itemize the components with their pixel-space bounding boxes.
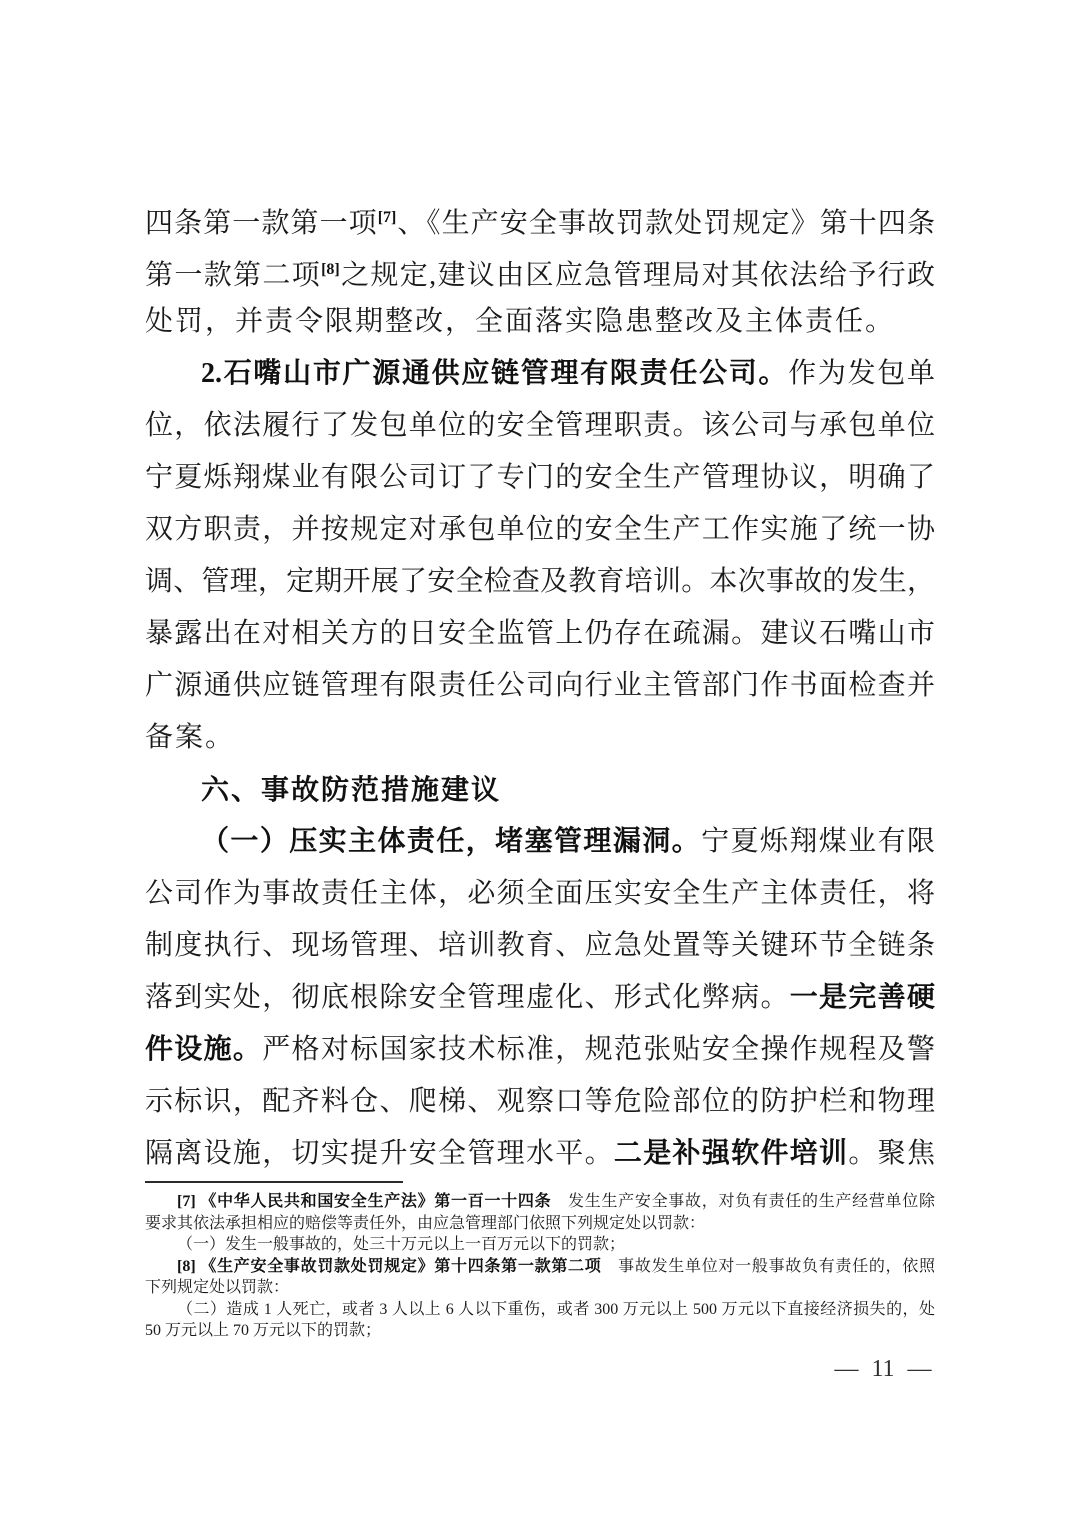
text-segment: 宁夏烁翔煤业有限	[701, 826, 935, 857]
text-segment: 公司作为事故责任主体，必须全面压实安全生产主体责任，将	[145, 878, 935, 909]
text-segment: 2.石嘴山市广源通供应链管理有限责任公司。	[201, 358, 788, 389]
text-line: （一）压实主体责任，堵塞管理漏洞。宁夏烁翔煤业有限	[145, 816, 935, 868]
text-segment: 处罚，并责令限期整改，全面落实隐患整改及主体责任。	[145, 306, 895, 337]
text-segment: 二是补强软件培训	[614, 1138, 848, 1169]
text-segment: 制度执行、现场管理、培训教育、应急处置等关键环节全链条	[145, 930, 935, 961]
text-line: [8] 《生产安全事故罚款处罚规定》第十四条第一款第二项 事故发生单位对一般事故…	[145, 1256, 935, 1278]
text-segment: 之规定,建议由区应急管理局对其依法给予行政	[340, 260, 935, 291]
text-segment: 。聚焦	[848, 1138, 935, 1169]
body-text: 四条第一款第一项[7]、《生产安全事故罚款处罚规定》第十四条第一款第二项[8]之…	[145, 192, 935, 1180]
text-line: 下列规定处以罚款：	[145, 1277, 935, 1299]
footnotes-section: [7] 《中华人民共和国安全生产法》第一百一十四条 发生生产安全事故，对负有责任…	[145, 1191, 935, 1342]
text-segment: 双方职责，并按规定对承包单位的安全生产工作实施了统一协	[145, 514, 935, 545]
text-line: [7] 《中华人民共和国安全生产法》第一百一十四条 发生生产安全事故，对负有责任…	[145, 1191, 935, 1213]
text-segment: 位，依法履行了发包单位的安全管理职责。该公司与承包单位	[145, 410, 935, 441]
text-line: 公司作为事故责任主体，必须全面压实安全生产主体责任，将	[145, 868, 935, 920]
footnote-7-law-article-114: [7] 《中华人民共和国安全生产法》第一百一十四条 发生生产安全事故，对负有责任…	[145, 1191, 935, 1234]
document-page: 四条第一款第一项[7]、《生产安全事故罚款处罚规定》第十四条第一款第二项[8]之…	[0, 0, 1074, 1520]
text-line: 宁夏烁翔煤业有限公司订了专门的安全生产管理协议，明确了	[145, 452, 935, 504]
page-number: — 11 —	[818, 1356, 948, 1383]
text-segment: 第一款第二项	[145, 260, 321, 291]
text-segment: （一）发生一般事故的，处三十万元以上一百万元以下的罚款；	[177, 1236, 625, 1253]
text-line: 广源通供应链管理有限责任公司向行业主管部门作书面检查并	[145, 660, 935, 712]
text-line: 暴露出在对相关方的日安全监管上仍存在疏漏。建议石嘴山市	[145, 608, 935, 660]
text-segment: 要求其依法承担相应的赔偿等责任外，由应急管理部门依照下列规定处以罚款：	[145, 1215, 705, 1232]
text-segment: （二）造成 1 人死亡，或者 3 人以上 6 人以下重伤，或者 300 万元以上…	[177, 1301, 935, 1318]
text-line: 制度执行、现场管理、培训教育、应急处置等关键环节全链条	[145, 920, 935, 972]
text-segment: 下列规定处以罚款：	[145, 1279, 289, 1296]
text-segment: 、《生产安全事故罚款处罚规定》第十四条	[396, 208, 935, 239]
text-line: 示标识，配齐料仓、爬梯、观察口等危险部位的防护栏和物理	[145, 1076, 935, 1128]
text-line: （一）发生一般事故的，处三十万元以上一百万元以下的罚款；	[145, 1234, 935, 1256]
text-segment: [7] 《中华人民共和国安全生产法》第一百一十四条	[177, 1193, 551, 1210]
text-line: 50 万元以上 70 万元以下的罚款；	[145, 1320, 935, 1342]
text-line: 2.石嘴山市广源通供应链管理有限责任公司。作为发包单	[145, 348, 935, 400]
text-segment: [8] 《生产安全事故罚款处罚规定》第十四条第一款第二项	[177, 1258, 601, 1275]
text-segment: 一是完善硬	[790, 982, 935, 1013]
text-segment: 落到实处，彻底根除安全管理虚化、形式化弊病。	[145, 982, 790, 1013]
text-line: 位，依法履行了发包单位的安全管理职责。该公司与承包单位	[145, 400, 935, 452]
text-segment: 隔离设施，切实提升安全管理水平。	[145, 1138, 614, 1169]
text-segment: 作为发包单	[788, 358, 935, 389]
text-segment: 调、管理，定期开展了安全检查及教育培训。本次事故的发生，	[145, 566, 935, 597]
text-line: 件设施。严格对标国家技术标准，规范张贴安全操作规程及警	[145, 1024, 935, 1076]
footnote-8-item-two: （二）造成 1 人死亡，或者 3 人以上 6 人以下重伤，或者 300 万元以上…	[145, 1299, 935, 1342]
text-segment: （一）压实主体责任，堵塞管理漏洞。	[201, 826, 701, 857]
text-line: （二）造成 1 人死亡，或者 3 人以上 6 人以下重伤，或者 300 万元以上…	[145, 1299, 935, 1321]
text-line: 要求其依法承担相应的赔偿等责任外，由应急管理部门依照下列规定处以罚款：	[145, 1213, 935, 1235]
text-segment: 发生生产安全事故，对负有责任的生产经营单位除	[551, 1193, 935, 1210]
text-segment: 严格对标国家技术标准，规范张贴安全操作规程及警	[262, 1034, 935, 1065]
text-segment: 六、事故防范措施建议	[201, 774, 501, 805]
text-line: 隔离设施，切实提升安全管理水平。二是补强软件培训。聚焦	[145, 1128, 935, 1180]
text-line: 双方职责，并按规定对承包单位的安全生产工作实施了统一协	[145, 504, 935, 556]
footnote-7-item-one: （一）发生一般事故的，处三十万元以上一百万元以下的罚款；	[145, 1234, 935, 1256]
footnote-reference-marker: [7]	[378, 209, 397, 226]
text-line: 备案。	[145, 712, 935, 764]
footnote-8-fine-regulation-article-14: [8] 《生产安全事故罚款处罚规定》第十四条第一款第二项 事故发生单位对一般事故…	[145, 1256, 935, 1299]
text-segment: 50 万元以上 70 万元以下的罚款；	[145, 1322, 381, 1339]
text-segment: 宁夏烁翔煤业有限公司订了专门的安全生产管理协议，明确了	[145, 462, 935, 493]
text-segment: 广源通供应链管理有限责任公司向行业主管部门作书面检查并	[145, 670, 935, 701]
footnote-reference-marker: [8]	[321, 261, 340, 278]
text-line: 处罚，并责令限期整改，全面落实隐患整改及主体责任。	[145, 296, 935, 348]
heading-section-six-prevention-measures: 六、事故防范措施建议	[145, 764, 935, 816]
text-line: 第一款第二项[8]之规定,建议由区应急管理局对其依法给予行政	[145, 244, 935, 296]
text-line: 落到实处，彻底根除安全管理虚化、形式化弊病。一是完善硬	[145, 972, 935, 1024]
text-segment: 四条第一款第一项	[145, 208, 378, 239]
text-segment: 备案。	[145, 722, 235, 753]
text-line: 四条第一款第一项[7]、《生产安全事故罚款处罚规定》第十四条	[145, 192, 935, 244]
text-segment: 事故发生单位对一般事故负有责任的，依照	[601, 1258, 935, 1275]
text-segment: 示标识，配齐料仓、爬梯、观察口等危险部位的防护栏和物理	[145, 1086, 935, 1117]
text-line: 调、管理，定期开展了安全检查及教育培训。本次事故的发生，	[145, 556, 935, 608]
para-administrative-penalty: 四条第一款第一项[7]、《生产安全事故罚款处罚规定》第十四条第一款第二项[8]之…	[145, 192, 935, 348]
footnote-separator-line	[145, 1181, 403, 1183]
para-prevention-measure-one: （一）压实主体责任，堵塞管理漏洞。宁夏烁翔煤业有限公司作为事故责任主体，必须全面…	[145, 816, 935, 1180]
text-segment: 暴露出在对相关方的日安全监管上仍存在疏漏。建议石嘴山市	[145, 618, 935, 649]
para-guangyuantong-company: 2.石嘴山市广源通供应链管理有限责任公司。作为发包单位，依法履行了发包单位的安全…	[145, 348, 935, 764]
text-segment: 件设施。	[145, 1034, 262, 1065]
text-line: 六、事故防范措施建议	[145, 764, 935, 816]
